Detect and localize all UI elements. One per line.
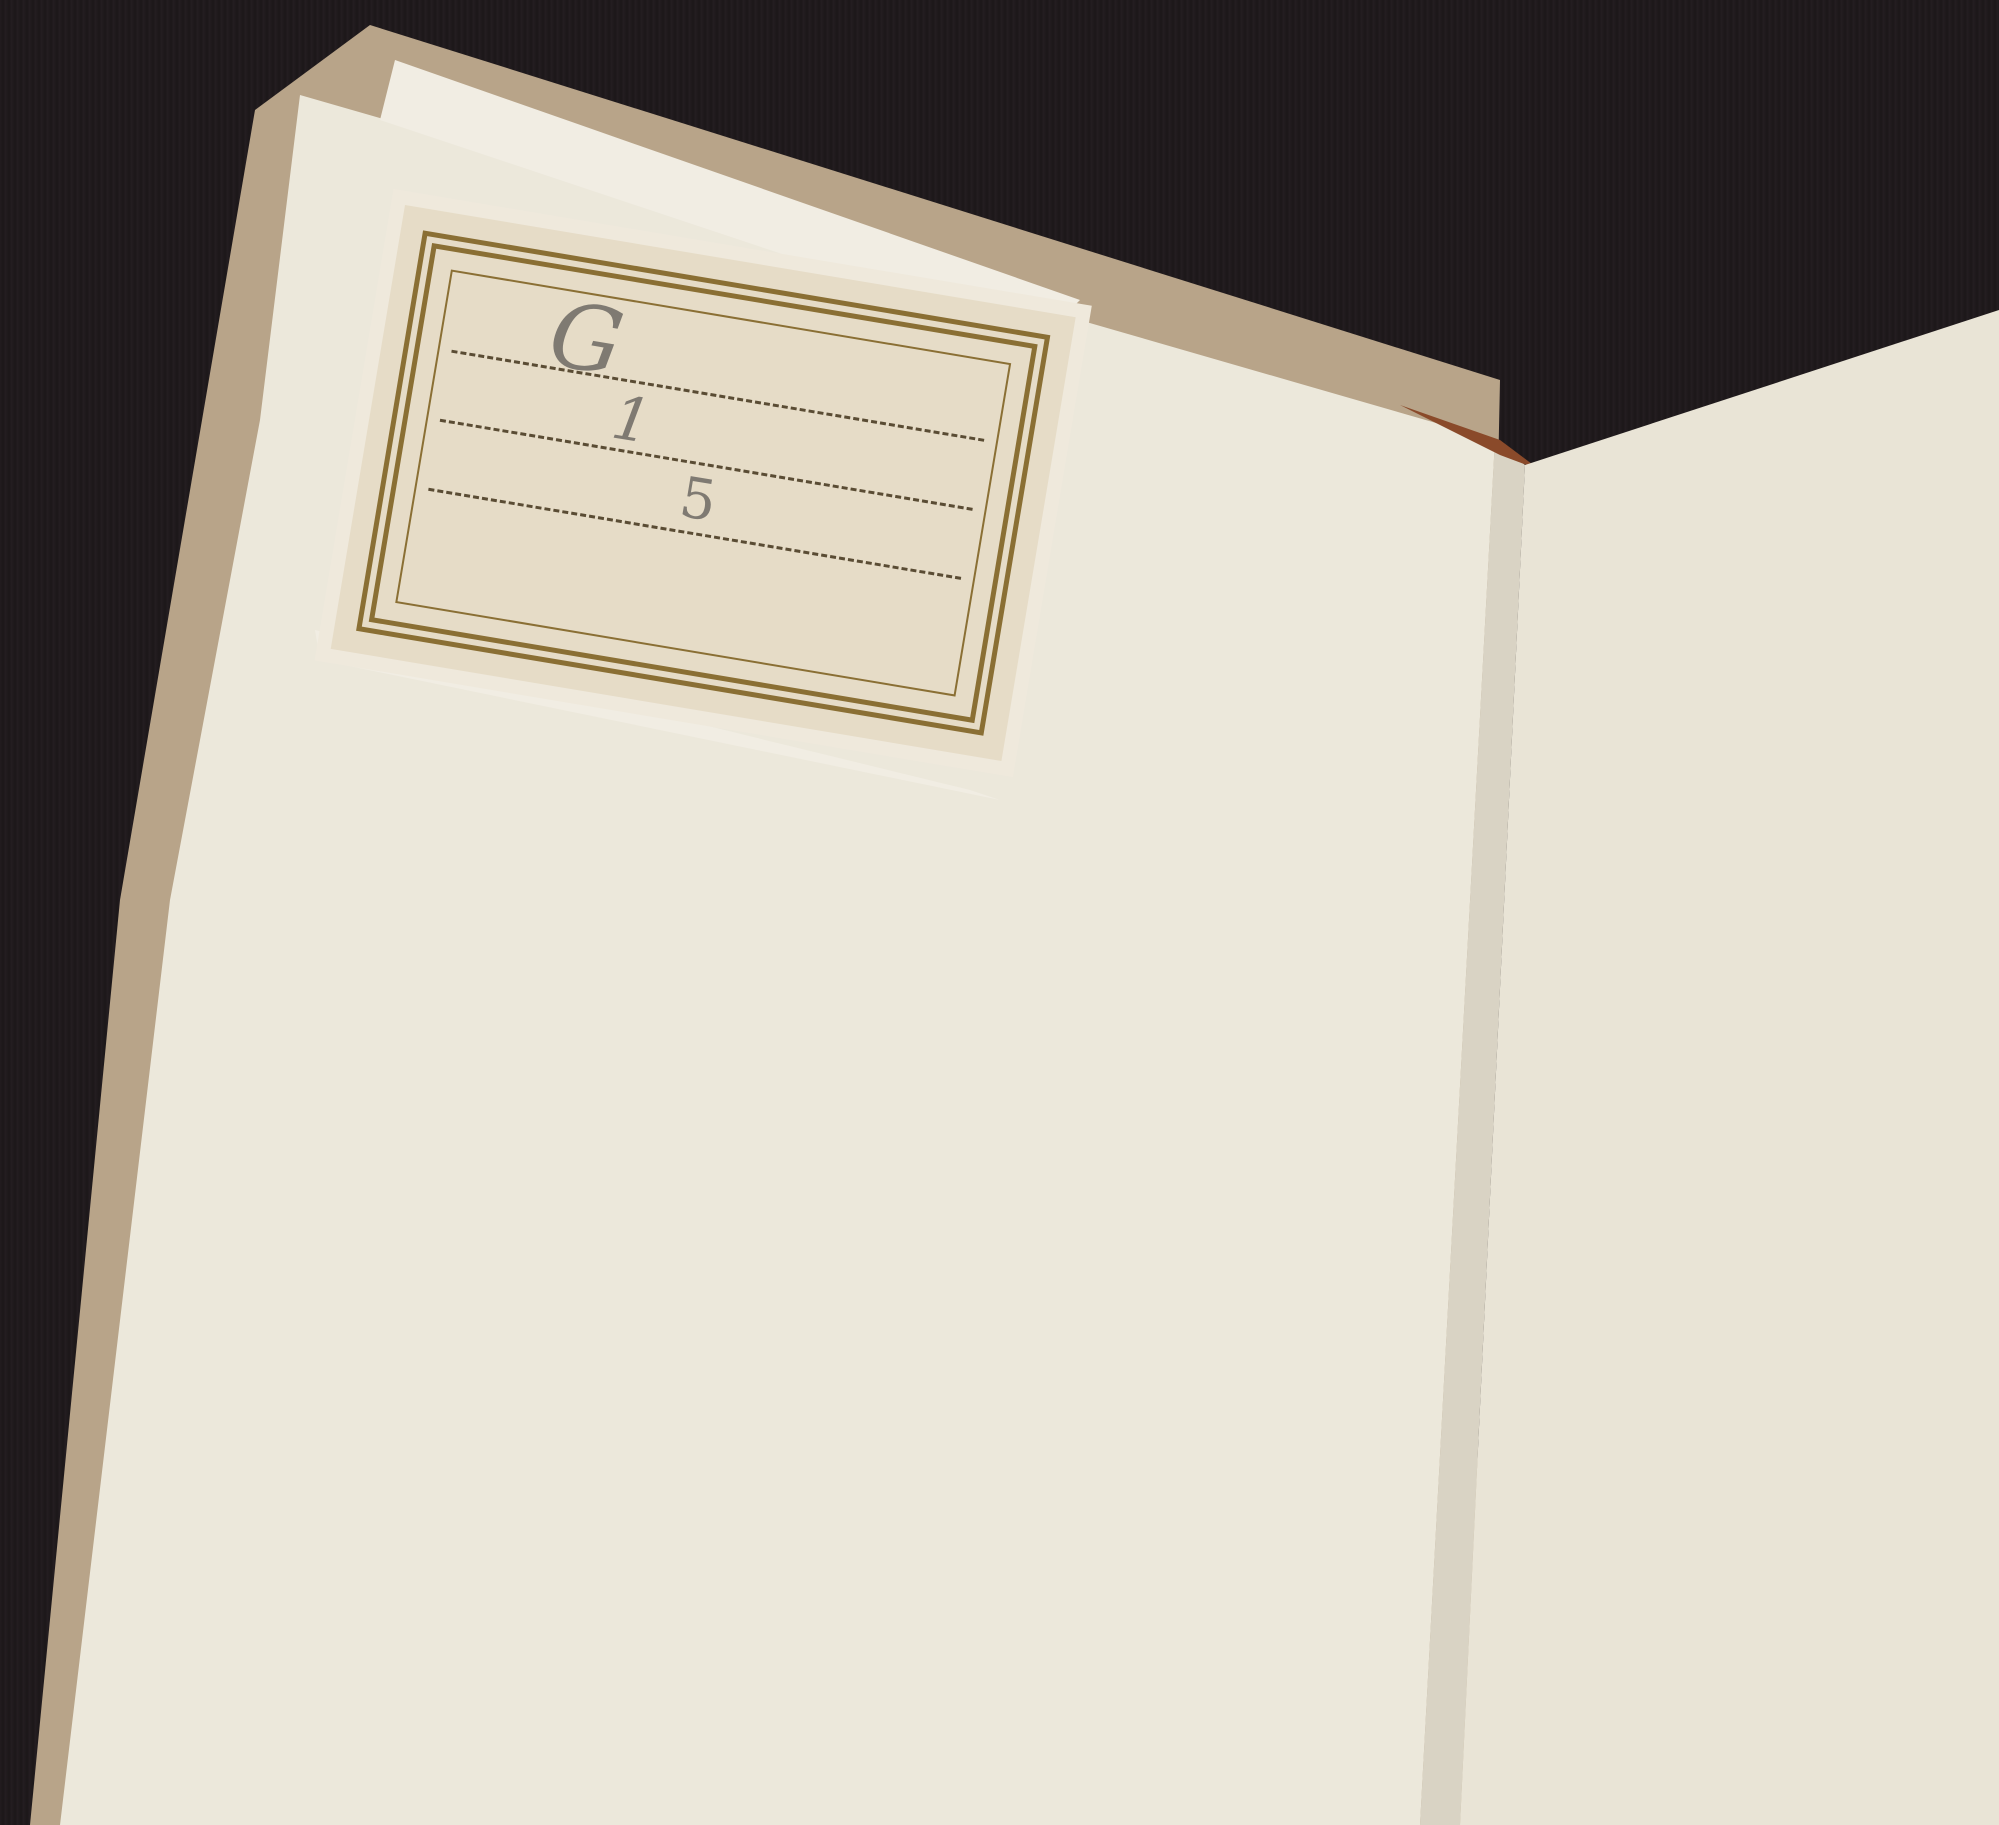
right-page xyxy=(1460,310,1999,1825)
book xyxy=(0,0,1999,1825)
